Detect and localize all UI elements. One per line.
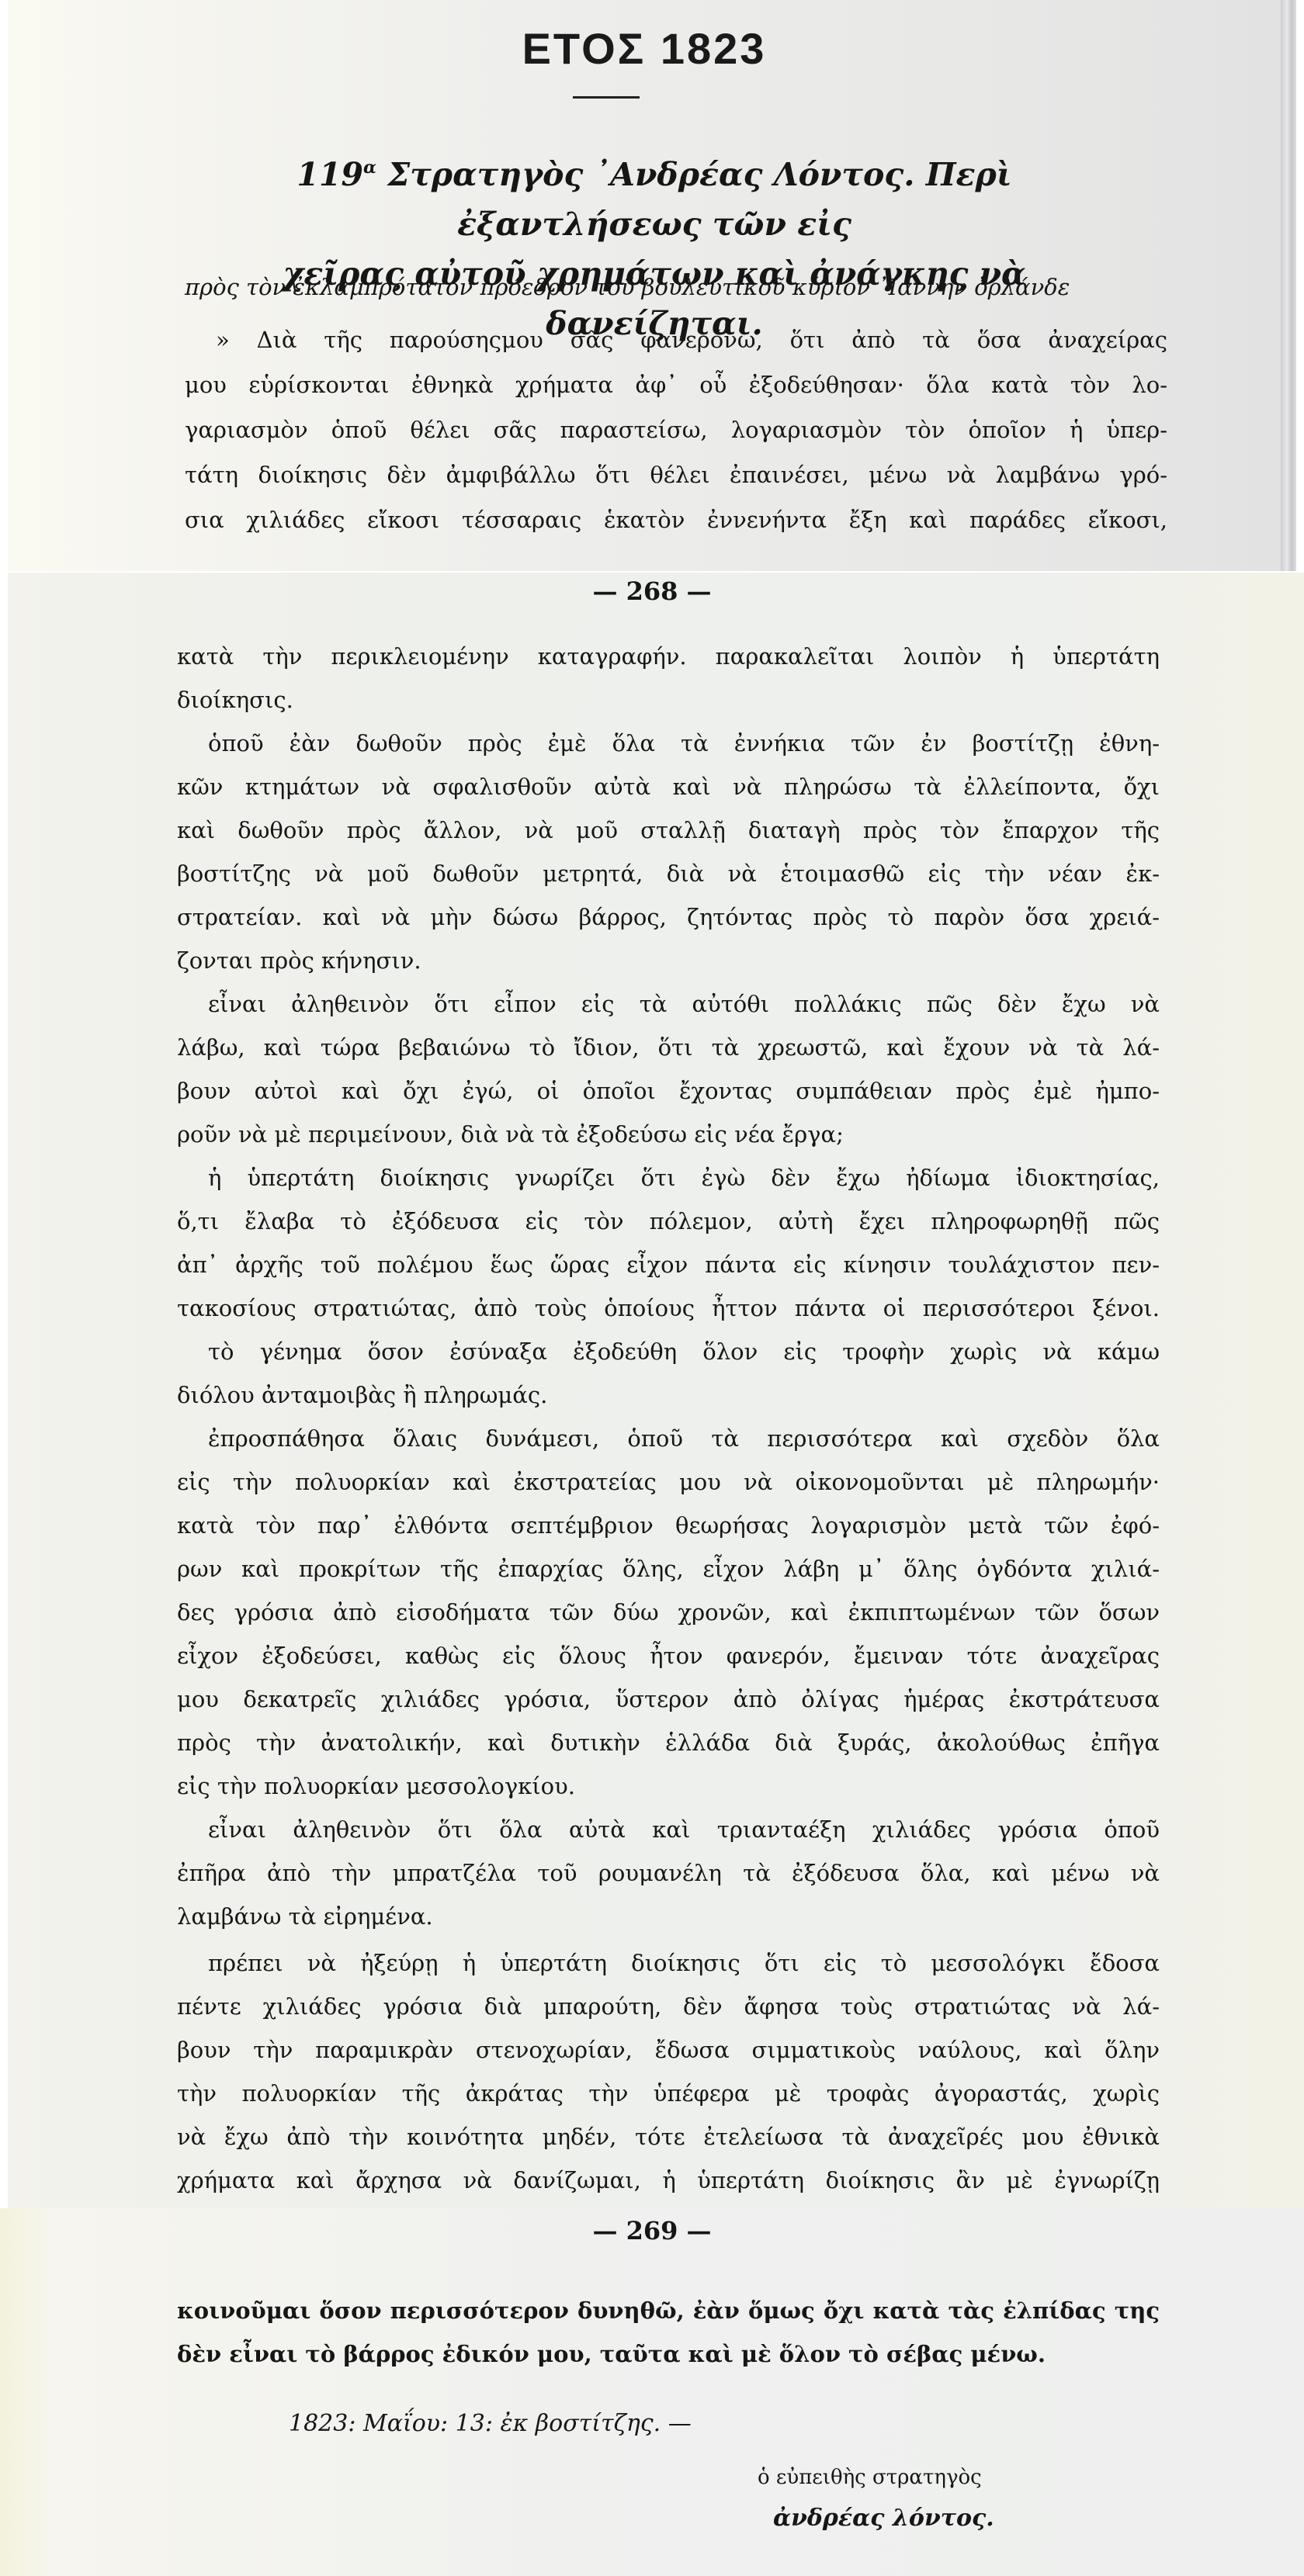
text-line: » Διὰ τῆς παρούσηςμου σᾶς φανερόνω, ὅτι …	[185, 324, 1167, 355]
text-line: ρων καὶ προκρίτων τῆς ἐπαρχίας ὅλης, εἶχ…	[177, 1553, 1160, 1584]
text-line: δὲν εἶναι τὸ βάρρος ἐδικόν μου, ταῦτα κα…	[177, 2339, 1160, 2370]
text-line: γαριασμὸν ὁποῦ θέλει σᾶς παραστείσω, λογ…	[185, 414, 1167, 445]
text-line: πέντε χιλιάδες γρόσια διὰ μπαρούτη, δὲν …	[177, 1991, 1160, 2022]
text-line: στρατείαν. καὶ νὰ μὴν δώσω βάρρος, ζητόν…	[177, 902, 1160, 933]
text-line: κῶν κτημάτων νὰ σφαλισθοῦν αὐτὰ καὶ νὰ π…	[177, 771, 1160, 802]
text-line: εἰς τὴν πολυορκίαν καὶ ἐκστρατείας μου ν…	[177, 1466, 1160, 1497]
text-line: χρήματα καὶ ἄρχησα νὰ δανίζωμαι, ἡ ὑπερτ…	[177, 2165, 1160, 2196]
text-line: εἶχον ἐξοδεύσει, καθὼς εἰς ὅλους ἦτον φα…	[177, 1640, 1160, 1671]
text-line: καὶ δωθοῦν πρὸς ἄλλον, νὰ μοῦ σταλλῇ δια…	[177, 815, 1160, 846]
text-line: κοινοῦμαι ὅσον περισσότερον δυνηθῶ, ἐὰν …	[177, 2295, 1160, 2326]
text-line: ροῦν νὰ μὲ περιμείνουν, διὰ νὰ τὰ ἐξοδεύ…	[177, 1119, 1160, 1150]
text-line: τάτη διοίκησις δὲν ἀμφιβάλλω ὅτι θέλει ἐ…	[185, 459, 1167, 490]
text-line: πρὸς τὴν ἀνατολικήν, καὶ δυτικὴν ἑλλάδα …	[177, 1727, 1160, 1758]
addressee-line: πρὸς τὸν ἐκλαμπρότατον πρόεδρον τοῦ βουλ…	[185, 272, 1167, 303]
text-line: μου δεκατρεῖς χιλιάδες γρόσια, ὕστερον ἀ…	[177, 1684, 1160, 1715]
text-line: βουν τὴν παραμικρὰν στενοχωρίαν, ἔδωσα σ…	[177, 2034, 1160, 2065]
text-line: ἡ ὑπερτάτη διοίκησις γνωρίζει ὅτι ἐγὼ δὲ…	[177, 1162, 1160, 1193]
text-line: εἰς τὴν πολυορκίαν μεσσολογκίου.	[177, 1771, 1160, 1802]
text-line: σια χιλιάδες εἴκοσι τέσσαραις ἑκατὸν ἐνν…	[185, 504, 1167, 535]
text-line: λαμβάνω τὰ εἰρημένα.	[177, 1901, 1160, 1932]
text-line: τὴν πολυορκίαν τῆς ἀκράτας τὴν ὑπέφερα μ…	[177, 2078, 1160, 2109]
heading-superscript: α	[363, 158, 376, 178]
text-line: λάβω, καὶ τώρα βεβαιώνω τὸ ἴδιον, ὅτι τὰ…	[177, 1032, 1160, 1063]
document-heading: 119α Στρατηγὸς ᾿Ανδρέας Λόντος. Περὶ ἐξα…	[185, 143, 1124, 348]
text-line: δες γρόσια ἀπὸ εἰσοδήματα τῶν δύω χρονῶν…	[177, 1597, 1160, 1628]
page-segment-1: ΕΤΟΣ 1823 119α Στρατηγὸς ᾿Ανδρέας Λόντος…	[8, 0, 1281, 571]
text-line: τακοσίους στρατιώτας, ἀπὸ τοὺς ὁποίους ἦ…	[177, 1293, 1160, 1324]
year-title: ΕΤΟΣ 1823	[8, 23, 1281, 74]
page-segment-2: — 268 — κατὰ τὴν περικλειομένην καταγραφ…	[8, 573, 1304, 2208]
text-line: κατὰ τὴν περικλειομένην καταγραφήν. παρα…	[177, 641, 1160, 672]
text-line: κατὰ τὸν παρ᾿ ἐλθόντα σεπτέμβριον θεωρήσ…	[177, 1510, 1160, 1541]
text-line: βουν αὐτοὶ καὶ ὄχι ἐγώ, οἱ ὁποῖοι ἔχοντα…	[177, 1075, 1160, 1106]
text-line: διοίκησις.	[177, 684, 1160, 715]
text-line: μου εὑρίσκονται ἐθνηκὰ χρήματα ἀφ᾿ οὗ ἐξ…	[185, 369, 1167, 400]
heading-number: 119	[297, 156, 363, 193]
page-edge-shadow	[1281, 0, 1296, 571]
text-line: ὁποῦ ἐὰν δωθοῦν πρὸς ἐμὲ ὅλα τὰ ἐννήκια …	[177, 728, 1160, 759]
text-line: νὰ ἔχω ἀπὸ τὴν κοινότητα μηδέν, τότε ἐτε…	[177, 2121, 1160, 2152]
page-number: — 269 —	[0, 2216, 1304, 2245]
date-line: 1823: Μαΐου: 13: ἐκ βοστίτζης. —	[289, 2410, 692, 2437]
title-rule	[573, 96, 640, 99]
page-number: — 268 —	[0, 576, 1304, 606]
text-line: ὅ,τι ἔλαβα τὸ ἐξόδευσα εἰς τὸν πόλεμον, …	[177, 1206, 1160, 1237]
text-line: διόλου ἀνταμοιβὰς ἢ πληρωμάς.	[177, 1380, 1160, 1411]
text-line: εἶναι ἀληθεινὸν ὅτι ὅλα αὐτὰ καὶ τριαντα…	[177, 1814, 1160, 1845]
text-line: ζονται πρὸς κήνησιν.	[177, 945, 1160, 976]
text-line: ἐπῆρα ἀπὸ τὴν μπρατζέλα τοῦ ρουμανέλη τὰ…	[177, 1858, 1160, 1889]
text-line: τὸ γένημα ὅσον ἐσύναξα ἐξοδεύθη ὅλον εἰς…	[177, 1336, 1160, 1367]
text-line: εἶναι ἀληθεινὸν ὅτι εἶπον εἰς τὰ αὐτόθι …	[177, 989, 1160, 1020]
heading-line-1: Στρατηγὸς ᾿Ανδρέας Λόντος. Περὶ ἐξαντλήσ…	[376, 156, 1012, 243]
signature: ἀνδρέας λόντος.	[773, 2505, 994, 2532]
text-line: ἀπ᾿ ἀρχῆς τοῦ πολέμου ἕως ὥρας εἶχον πάν…	[177, 1249, 1160, 1280]
page-segment-3: — 269 — κοινοῦμαι ὅσον περισσότερον δυνη…	[0, 2208, 1304, 2576]
text-line: ἐπροσπάθησα ὅλαις δυνάμεσι, ὁποῦ τὰ περι…	[177, 1423, 1160, 1454]
closing-line: ὁ εὐπειθὴς στρατηγὸς	[758, 2466, 982, 2489]
text-line: βοστίτζης νὰ μοῦ δωθοῦν μετρητά, διὰ νὰ …	[177, 858, 1160, 889]
text-line: πρέπει νὰ ἠξεύρῃ ἡ ὑπερτάτη διοίκησις ὅτ…	[177, 1948, 1160, 1979]
